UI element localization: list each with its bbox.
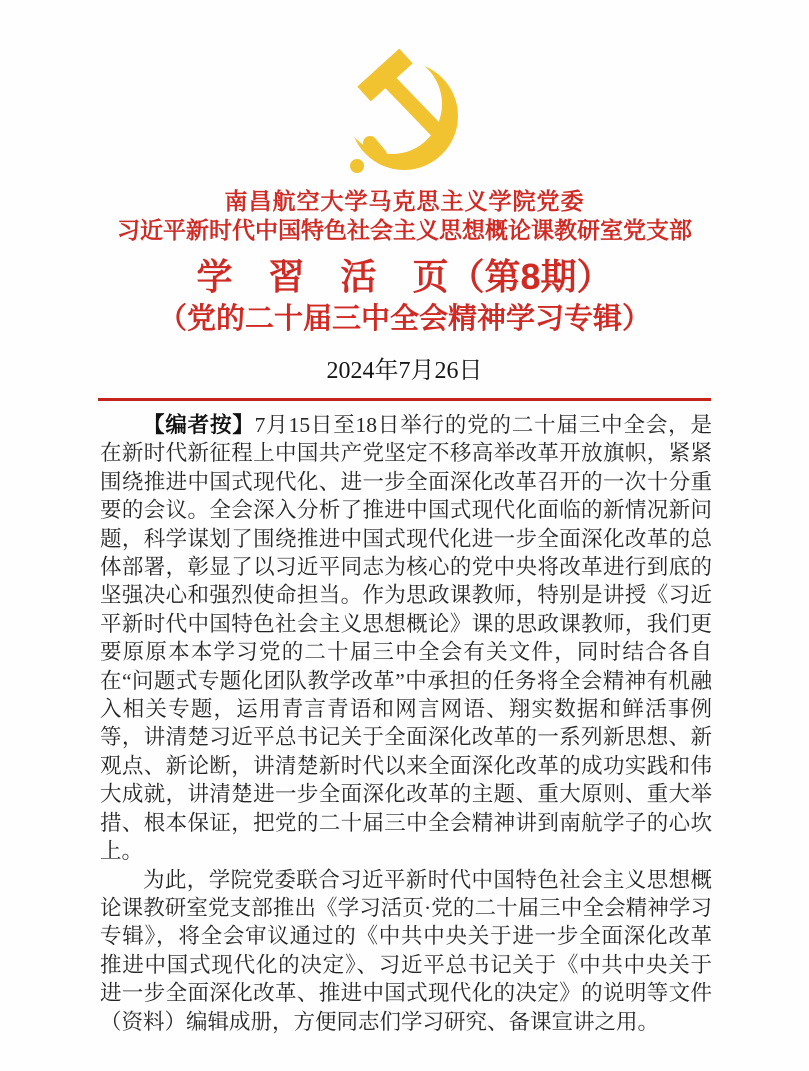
party-emblem-icon xyxy=(348,44,461,177)
sickle-handle-dot xyxy=(350,159,364,173)
org-name-line2: 习近平新时代中国特色社会主义思想概论课教研室党支部 xyxy=(0,215,809,246)
org-name-line1: 南昌航空大学马克思主义学院党委 xyxy=(0,187,809,215)
body-paragraph-text: 为此，学院党委联合习近平新时代中国特色社会主义思想概论课教研室党支部推出《学习活… xyxy=(100,868,712,1034)
editor-note-text: 7月15日至18日举行的党的二十届三中全会，是在新时代新征程上中国共产党坚定不移… xyxy=(100,413,712,863)
document-subtitle: （党的二十届三中全会精神学习专辑） xyxy=(0,299,809,339)
red-divider-rule xyxy=(98,398,711,401)
sickle-handle xyxy=(370,143,380,155)
document-body: 【编者按】7月15日至18日举行的党的二十届三中全会，是在新时代新征程上中国共产… xyxy=(100,411,712,1036)
editor-note-label: 【编者按】 xyxy=(143,413,255,437)
body-paragraph: 为此，学院党委联合习近平新时代中国特色社会主义思想概论课教研室党支部推出《学习活… xyxy=(100,866,712,1036)
editor-note-paragraph: 【编者按】7月15日至18日举行的党的二十届三中全会，是在新时代新征程上中国共产… xyxy=(100,411,712,866)
issue-date: 2024年7月26日 xyxy=(0,356,809,386)
document-title: 学 習 活 页（第8期） xyxy=(0,255,809,299)
document-page: 南昌航空大学马克思主义学院党委 习近平新时代中国特色社会主义思想概论课教研室党支… xyxy=(0,0,809,1071)
